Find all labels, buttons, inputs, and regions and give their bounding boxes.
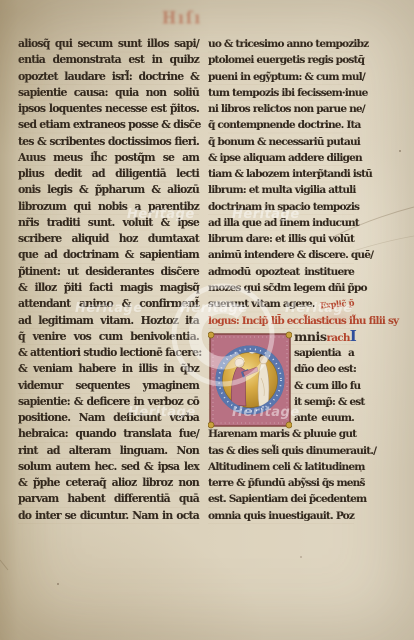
text-line: plius dedit ad diligentiā lecti [18,166,199,182]
text-segment: sapientia a [294,347,354,359]
text-line: tas & dies sel̃i quis dinumerauit./ [208,443,354,459]
text-segment: librum: et multa vigilia attuli [208,184,356,196]
text-line: omnia quis inuestigauit. Poz [208,508,354,524]
text-segment: Explic̃ p̃ [319,296,354,315]
text-line: aliosq̃ qui secum sunt illos sapi/ [18,36,199,52]
text-line: & ipse aliquam addere diligen [208,150,354,166]
text-segment: omnia quis inuestigauit. Poz [208,510,354,522]
text-column-left: aliosq̃ qui secum sunt illos sapi/entia … [18,36,199,524]
text-segment: librum dare: et illis qui volūt [208,233,354,245]
text-segment: tum tempozis ibi fecissem·inue [208,87,368,99]
text-line: p̃tinent: ut desiderantes disc̃ere [18,264,199,280]
text-line: entia demonstrata est in quibz [18,52,199,68]
text-line: onis legis & p̃pharum & aliozū [18,182,199,198]
text-line: admodū opozteat instituere [208,264,354,280]
text-line: ptolomei euergetis regis postq̄ [208,52,354,68]
text-line: opoztet laudare isrl̃: doctrine & [18,69,199,85]
text-line: pueni in egỹptum: & cum mul/ [208,69,354,85]
text-segment: Harenam maris & pluuie gut [208,428,356,440]
text-line: scribere aliquid hoz dumtaxat [18,231,199,247]
text-line: ad legitimam vitam. Hoztoz ita [18,313,199,329]
text-line: ad illa que ad finem inducunt [208,215,354,231]
text-segment: rach [327,330,350,346]
text-line: librum dare: et illis qui volūt [208,231,354,247]
text-line: positione. Nam deficiunt verba [18,410,199,426]
text-segment: ptolomei euergetis regis postq̄ [208,54,364,66]
speck [57,583,59,585]
text-line: librozum qui nobis a parentibz [18,199,199,215]
chapter-numeral: I [350,331,356,341]
text-segment: mnis [294,329,327,345]
text-segment: tiam & labozem interp̃tandi istū [208,168,372,180]
text-segment: admodū opozteat instituere [208,266,354,278]
text-line: solum autem hec. sed & ipsa lex [18,459,199,475]
text-segment: ad illa que ad finem inducunt [208,217,359,229]
manuscript-page: Hıſı aliosq̃ qui secum sunt illos sapi/e… [0,0,414,640]
text-line: tiam & labozem interp̃tandi istū [208,166,354,182]
text-segment: logus: Incip̃ lib̄ eccl̃iasticus ih̃u fi… [208,315,398,327]
text-segment: pueni in egỹptum: & cum mul/ [208,71,365,83]
speck [399,150,401,152]
text-segment: Altitudinem celi & latitudinem [208,461,365,473]
text-segment: q̃ contempnende doctrine. Ita [208,119,361,131]
text-line: ni libros relictos non parue ne/ [208,101,354,117]
text-line: hebraica: quando translata fue/ [18,426,199,442]
text-line: q̃ bonum & necessariū putaui [208,134,354,150]
text-segment: & cum illo fu [294,380,360,392]
text-segment: animū intendere & discere. quē/ [208,249,373,261]
text-line: nr̃is traditi sunt. voluit & ipse [18,215,199,231]
text-segment: ante euum. [294,412,354,424]
text-line: tes & scribentes doctissimos fieri. [18,134,199,150]
text-line: sed etiam extraneos posse & disc̃e [18,117,199,133]
text-segment: & ipse aliquam addere diligen [208,152,362,164]
text-line: que ad doctrinam & sapientiam [18,247,199,263]
text-column-right: uo & tricesimo anno tempozibzptolomei eu… [208,36,354,524]
text-line: uo & tricesimo anno tempozibz [208,36,354,52]
text-segment: uo & tricesimo anno tempozibz [208,38,368,50]
text-line: sapientie: & deficere in verboz cō [18,394,199,410]
text-line: parvam habent differentiā quā [18,491,199,507]
text-line: rint ad alteram linguam. Non [18,443,199,459]
text-line: terre & p̃fundū abỹssi q̃s mens̃ [208,475,354,491]
text-segment: suerunt vitam agere. [208,296,315,312]
text-line: & p̃phe ceteraq̃ alioz libroz non [18,475,199,491]
text-line: librum: et multa vigilia attuli [208,182,354,198]
text-line: & illoz p̃iti facti magis magisq̃ [18,280,199,296]
text-segment: terre & p̃fundū abỹssi q̃s mens̃ [208,477,365,489]
text-line: ipsos loquentes necesse est p̃itos. [18,101,199,117]
text-line: videmur sequentes ymaginem [18,378,199,394]
text-line: attendant animo & confirment̃ [18,296,199,312]
text-line: logus: Incip̃ lib̄ eccl̃iasticus ih̃u fi… [208,313,354,329]
text-line: q̃ venire vos cum benivolentia. [18,329,199,345]
text-segment: tas & dies sel̃i quis dinumerauit./ [208,445,376,457]
text-line: mozes qui sc̃dm legem dñi p̃po [208,280,354,296]
text-line: & veniam habere in illis in q̃bz [18,361,199,377]
speck [300,556,302,558]
text-line: sapientie causa: quia non soliū [18,85,199,101]
text-segment: ni libros relictos non parue ne/ [208,103,365,115]
text-segment: mozes qui sc̃dm legem dñi p̃po [208,282,367,294]
text-line: do inter se dicuntur. Nam in octa [18,508,199,524]
text-line: doctrinam in spacio tempozis [208,199,354,215]
text-line: est. Sapientiam dei p̃cedentem [208,491,354,507]
historiated-initial [208,330,292,430]
text-line: Altitudinem celi & latitudinem [208,459,354,475]
text-line: q̃ contempnende doctrine. Ita [208,117,354,133]
text-line: animū intendere & discere. quē/ [208,247,354,263]
text-line: tum tempozis ibi fecissem·inue [208,85,354,101]
text-line: & attentiori studio lectionē facere: [18,345,199,361]
running-title: Hıſı [162,8,232,28]
text-line: suerunt vitam agere.Explic̃ p̃ [208,296,354,312]
text-segment: q̃ bonum & necessariū putaui [208,136,360,148]
text-segment: est. Sapientiam dei p̃cedentem [208,493,366,505]
text-segment: doctrinam in spacio tempozis [208,201,359,213]
text-line: Auus meus ih̃c postq̃m se am [18,150,199,166]
text-segment: dño deo est: [294,363,356,375]
text-segment: it semp̃: & est [294,396,364,408]
